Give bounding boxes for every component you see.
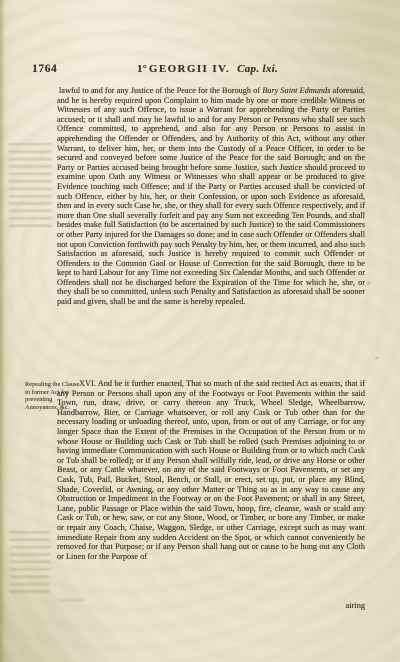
borough-name-italic: Bury Saint Edmunds [262, 86, 330, 95]
catchword: airing [57, 601, 365, 610]
chapter-number: Cap. lxi. [237, 63, 278, 75]
paper-speck [375, 357, 379, 359]
regnal-year: 1° [137, 63, 147, 75]
scanned-page: 1764 1°GEORGII IV.Cap. lxi. lawful to an… [0, 0, 400, 662]
bleedthrough-ghost-margin-bottom [10, 531, 50, 593]
section-paragraph-xvi: XVI. And be it further enacted, That so … [57, 379, 365, 561]
page-number: 1764 [32, 63, 57, 75]
paragraph-text-before-italic: lawful to and for any Justice of the Pea… [59, 86, 262, 95]
monarch-name: GEORGII IV. [149, 63, 230, 75]
page-edge [0, 0, 5, 662]
body-paragraph-continuation: lawful to and for any Justice of the Pea… [57, 86, 365, 307]
paper-speck [367, 282, 370, 285]
paragraph-text-after-italic: aforesaid, and he is hereby required upo… [57, 86, 365, 306]
bleedthrough-ghost-margin-top [9, 143, 52, 231]
page-title: 1°GEORGII IV.Cap. lxi. [137, 63, 278, 75]
